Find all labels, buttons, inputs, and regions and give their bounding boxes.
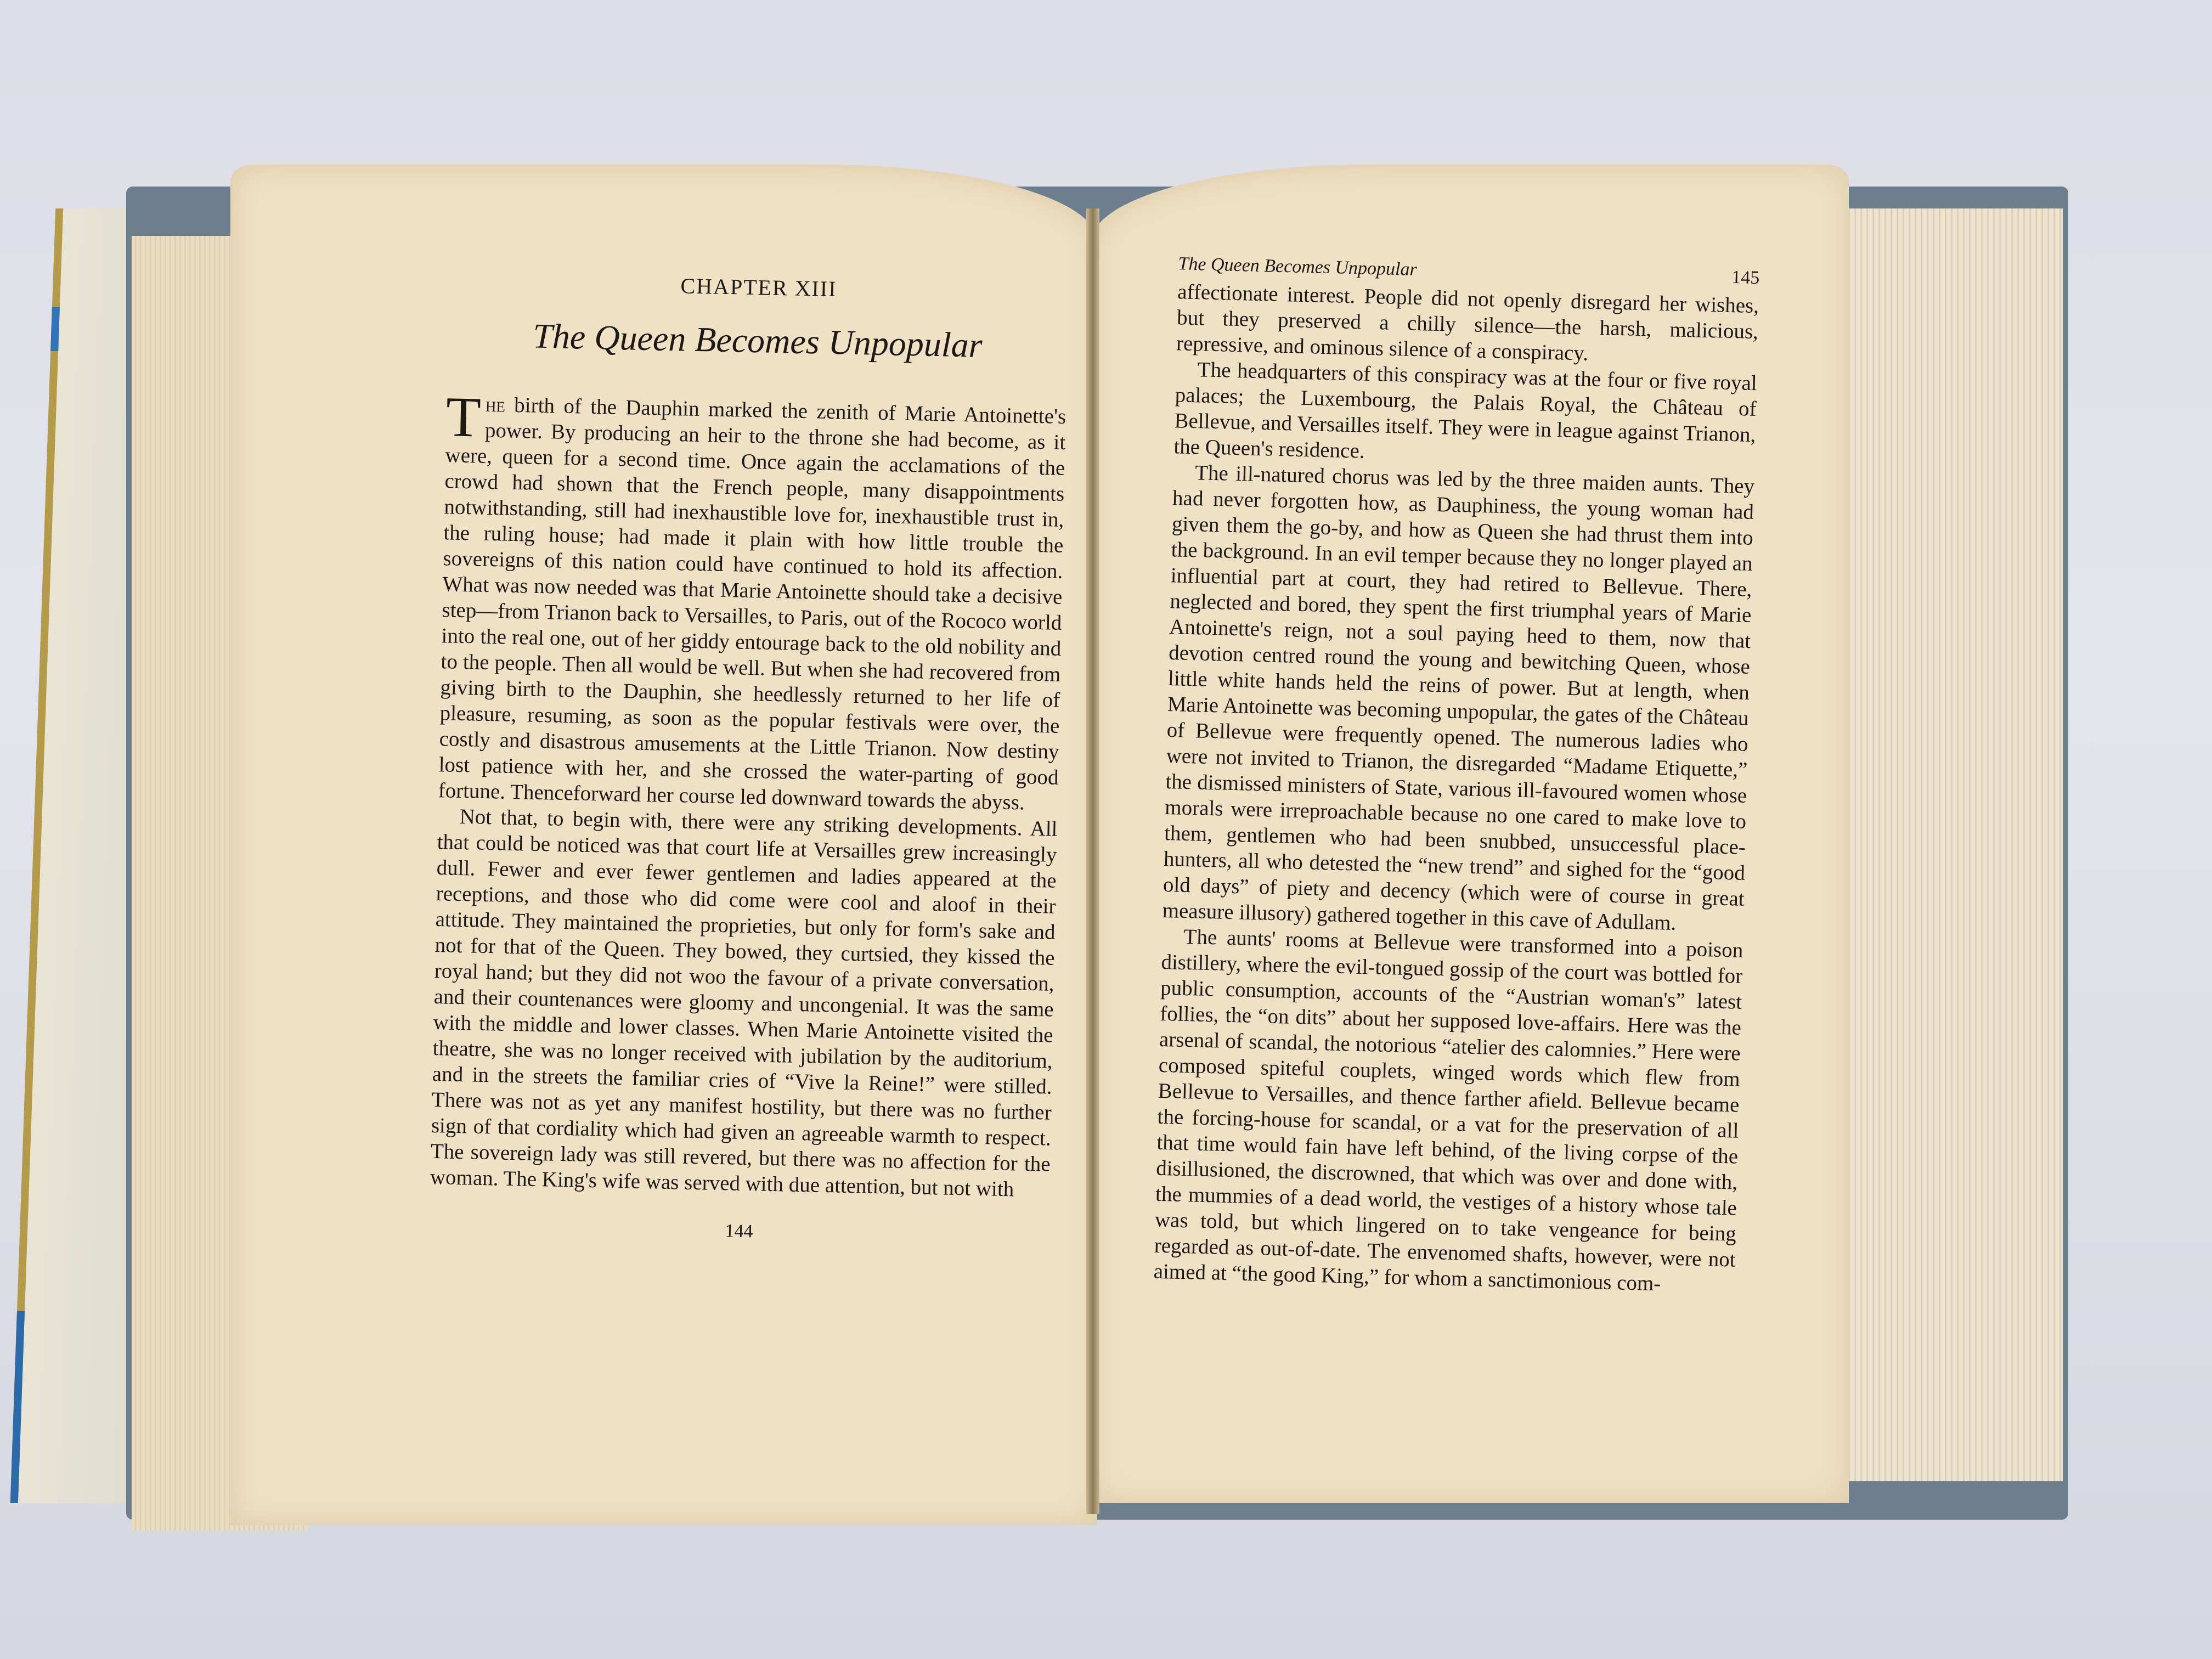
paragraph-text: birth of the Dauphin marked the zenith o… <box>438 393 1066 815</box>
paragraph: The aunts' rooms at Bellevue were transf… <box>1153 923 1743 1299</box>
paragraph: The headquarters of this conspiracy was … <box>1173 356 1757 473</box>
left-page-text: CHAPTER XIII The Queen Becomes Unpopular… <box>429 268 1069 1250</box>
chapter-title: The Queen Becomes Unpopular <box>448 321 1068 360</box>
right-page-text: The Queen Becomes Unpopular 145 affectio… <box>1153 251 1760 1298</box>
page-number: 145 <box>1731 264 1760 291</box>
drop-cap: T <box>445 393 481 442</box>
book-gutter <box>1086 208 1099 1514</box>
paragraph: The birth of the Dauphin marked the zeni… <box>438 391 1066 816</box>
paragraph: affectionate interest. People did not op… <box>1176 279 1759 370</box>
paragraph: The ill-natured chorus was led by the th… <box>1162 459 1754 938</box>
jacket-blue-stripe <box>50 307 60 351</box>
first-word-rest: he <box>486 393 506 417</box>
right-page-edges <box>1832 208 2063 1481</box>
running-head-title: The Queen Becomes Unpopular <box>1178 251 1417 283</box>
paragraph: Not that, to begin with, there were any … <box>430 803 1058 1203</box>
